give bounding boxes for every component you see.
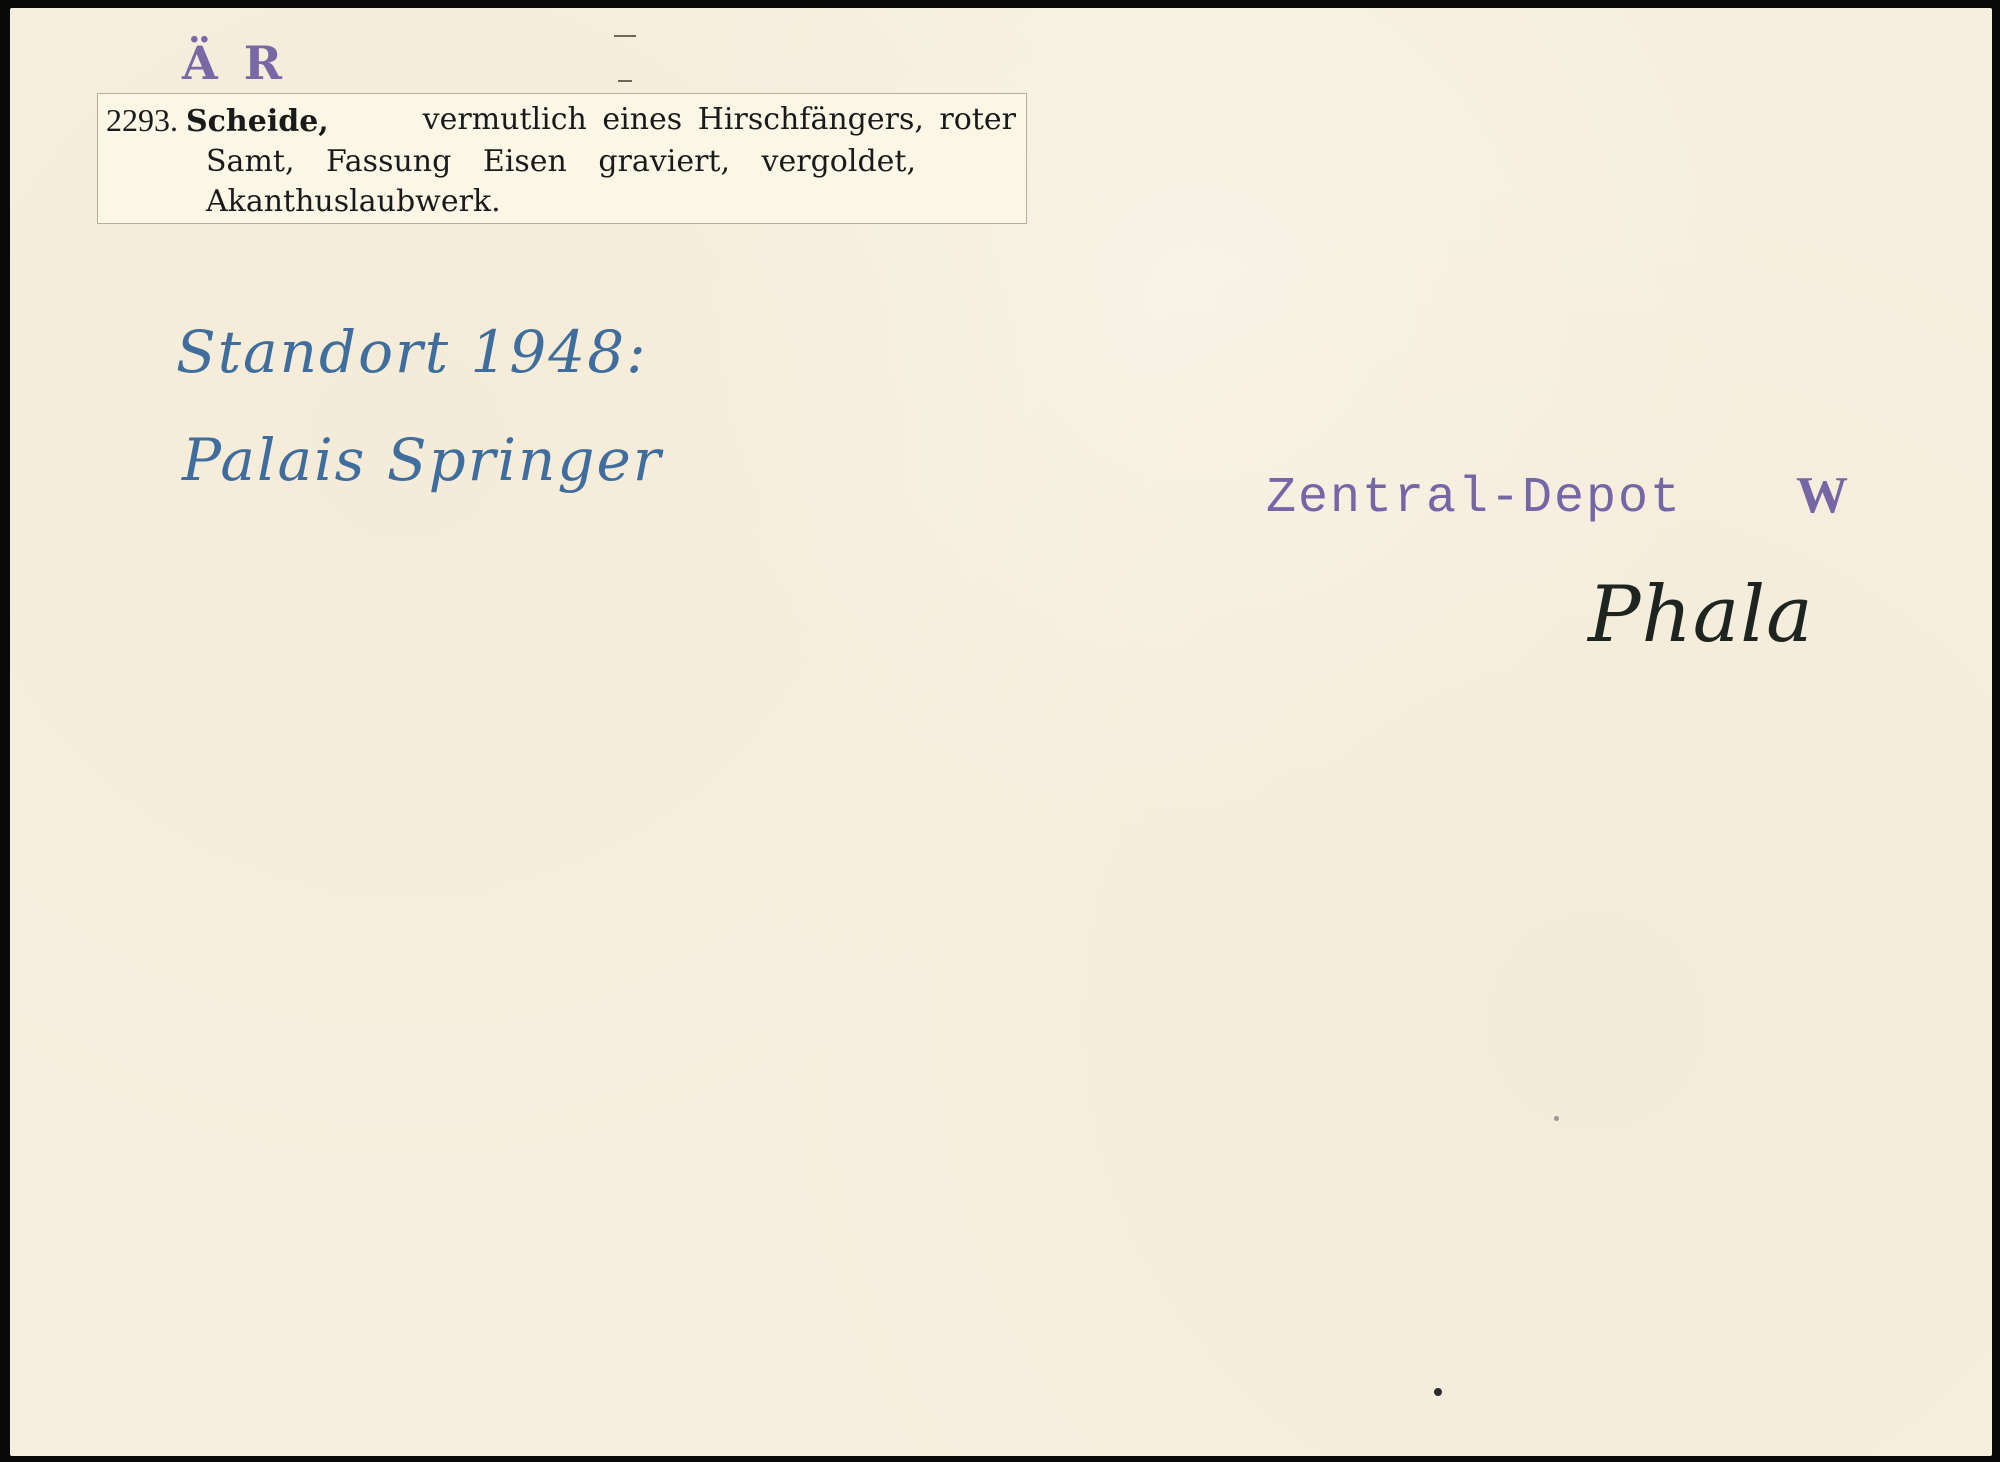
- depot-stamp: Zentral-Depot: [1266, 470, 1682, 527]
- clipping-line-2: Samt, Fassung Eisen graviert, vergoldet,: [106, 142, 1016, 182]
- ink-speck: [1434, 1388, 1442, 1396]
- ink-speck: [1554, 1116, 1559, 1121]
- depot-stamp-letter: W: [1796, 466, 1848, 525]
- clipping-line-1: 2293.Scheide, vermutlich eines Hirschfän…: [106, 100, 1016, 142]
- handwritten-signature: Phala: [1588, 570, 1814, 660]
- clipping-line-1-text: vermutlich eines Hirschfängers, roter: [423, 100, 1016, 142]
- initials-stamp: ÄR: [182, 36, 308, 90]
- item-title: Scheide,: [186, 104, 329, 139]
- catalog-clipping: 2293.Scheide, vermutlich eines Hirschfän…: [97, 93, 1027, 224]
- catalog-number: 2293.: [106, 102, 178, 138]
- handwritten-location-label: Standort 1948:: [176, 318, 648, 386]
- pencil-mark: [618, 80, 632, 82]
- clipping-line-3-text: Akanthuslaubwerk.: [206, 184, 501, 219]
- clipping-line-3: Akanthuslaubwerk.: [106, 182, 1016, 222]
- clipping-line-2-text: Samt, Fassung Eisen graviert, vergoldet,: [206, 142, 916, 182]
- index-card: ÄR 2293.Scheide, vermutlich eines Hirsch…: [10, 8, 1992, 1456]
- handwritten-location-value: Palais Springer: [182, 426, 663, 494]
- pencil-mark: [614, 35, 636, 37]
